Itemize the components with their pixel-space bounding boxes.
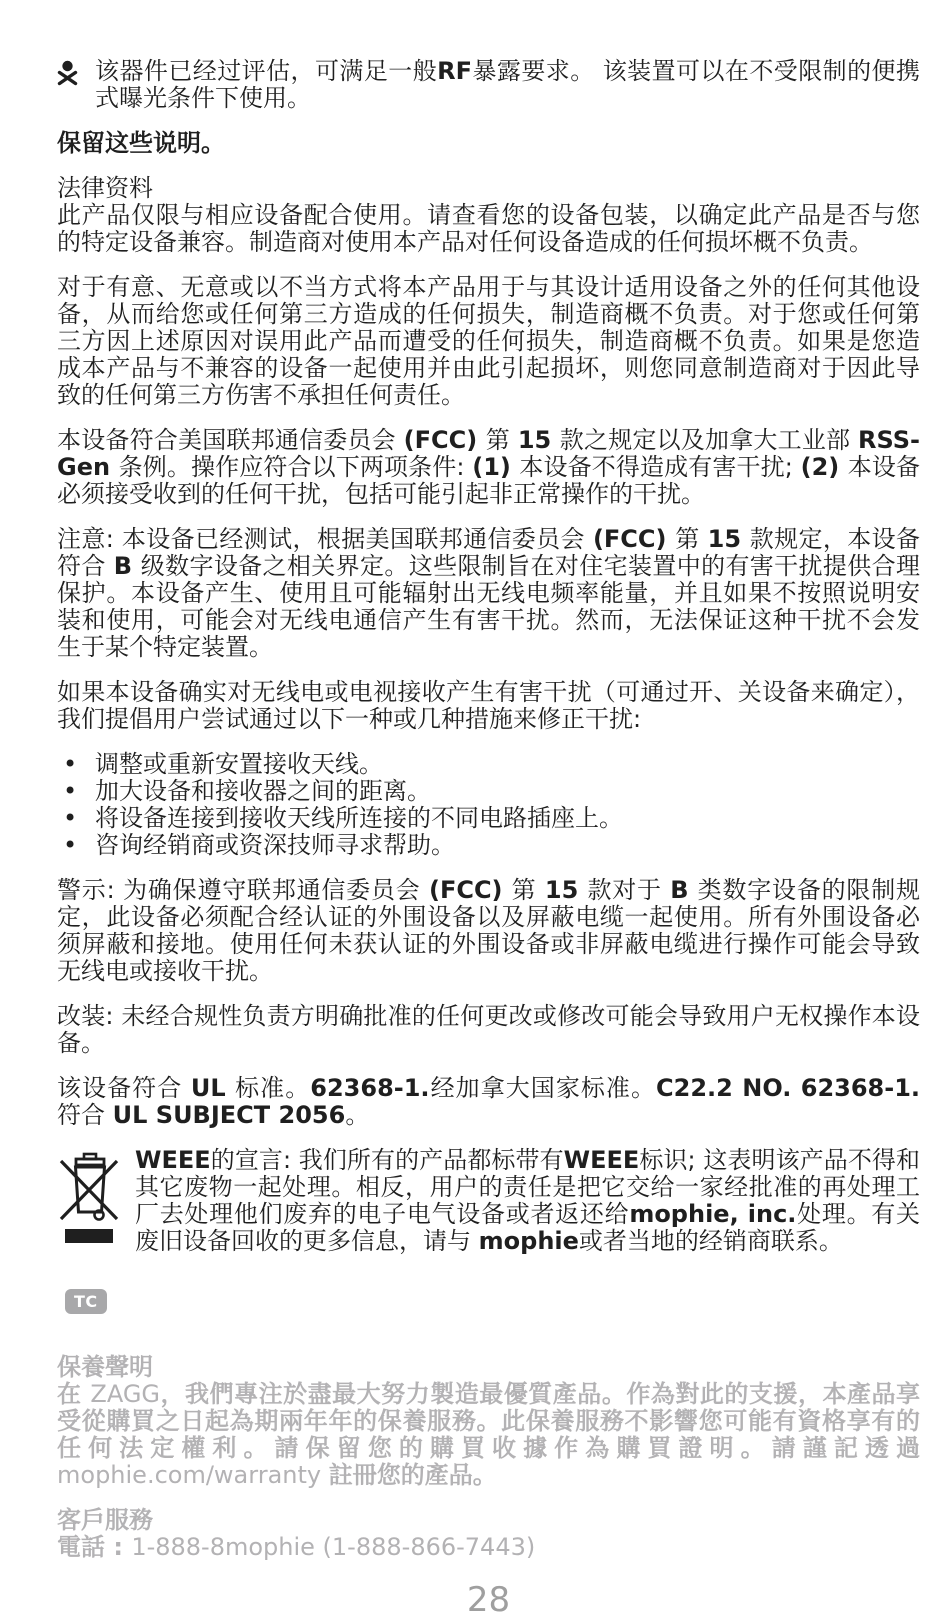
fcc-note-paragraph: 注意: 本设备已经测试，根据美国联邦通信委员会 (FCC) 第 15 款规定，本…	[57, 526, 920, 661]
page-number: 28	[57, 1583, 920, 1617]
ul-standard-paragraph: 该设备符合 UL 标准。62368-1.经加拿大国家标准。C22.2 NO. 6…	[57, 1075, 920, 1129]
weee-text: WEEE的宣言: 我们所有的产品都标带有WEEE标识; 这表明该产品不得和其它废…	[135, 1147, 920, 1255]
liability-paragraph: 对于有意、无意或以不当方式将本产品用于与其设计适用设备之外的任何其他设备，从而给…	[57, 274, 920, 409]
rf-notice: 该器件已经过评估，可满足一般RF暴露要求。 该装置可以在不受限制的便携式曝光条件…	[57, 58, 920, 112]
language-tag-badge: TC	[65, 1289, 107, 1314]
modification-paragraph: 改装: 未经合规性负责方明确批准的任何更改或修改可能会导致用户无权操作本设备。	[57, 1003, 920, 1057]
warranty-heading: 保養聲明	[57, 1354, 920, 1381]
warranty-body: 在 ZAGG，我們專注於盡最大努力製造最優質產品。作為對此的支援，本產品享受從購…	[57, 1381, 920, 1489]
legal-info-heading: 法律资料	[57, 175, 920, 202]
fcc-compliance-paragraph: 本设备符合美国联邦通信委员会 (FCC) 第 15 款之规定以及加拿大工业部 R…	[57, 427, 920, 508]
weee-crossed-out-bin-icon	[57, 1147, 121, 1255]
warranty-section: 保養聲明 在 ZAGG，我們專注於盡最大努力製造最優質產品。作為對此的支援，本產…	[57, 1354, 920, 1489]
keep-instructions-text: 保留这些说明。	[57, 130, 920, 157]
interference-measure-item: 将设备连接到接收天线所连接的不同电路插座上。	[57, 805, 920, 832]
legal-info-body: 此产品仅限与相应设备配合使用。请查看您的设备包装，以确定此产品是否与您的特定设备…	[57, 202, 920, 256]
rf-exposure-figure-icon	[57, 58, 81, 112]
customer-service-phone: 電話 : 1-888-8mophie (1-888-866-7443)	[57, 1534, 920, 1561]
interference-measure-item: 调整或重新安置接收天线。	[57, 751, 920, 778]
interference-measures-list: 调整或重新安置接收天线。 加大设备和接收器之间的距离。 将设备连接到接收天线所连…	[57, 751, 920, 859]
warning-paragraph: 警示: 为确保遵守联邦通信委员会 (FCC) 第 15 款对于 B 类数字设备的…	[57, 877, 920, 985]
rf-notice-text: 该器件已经过评估，可满足一般RF暴露要求。 该装置可以在不受限制的便携式曝光条件…	[95, 58, 920, 112]
customer-service-section: 客戶服務 電話 : 1-888-8mophie (1-888-866-7443)	[57, 1507, 920, 1561]
interference-measure-item: 咨询经销商或资深技师寻求帮助。	[57, 832, 920, 859]
interference-intro: 如果本设备确实对无线电或电视接收产生有害干扰（可通过开、关设备来确定），我们提倡…	[57, 679, 920, 733]
manual-page: 该器件已经过评估，可满足一般RF暴露要求。 该装置可以在不受限制的便携式曝光条件…	[0, 0, 950, 1617]
interference-measure-item: 加大设备和接收器之间的距离。	[57, 778, 920, 805]
customer-service-heading: 客戶服務	[57, 1507, 920, 1534]
weee-section: WEEE的宣言: 我们所有的产品都标带有WEEE标识; 这表明该产品不得和其它废…	[57, 1147, 920, 1255]
legal-info-section: 法律资料 此产品仅限与相应设备配合使用。请查看您的设备包装，以确定此产品是否与您…	[57, 175, 920, 256]
